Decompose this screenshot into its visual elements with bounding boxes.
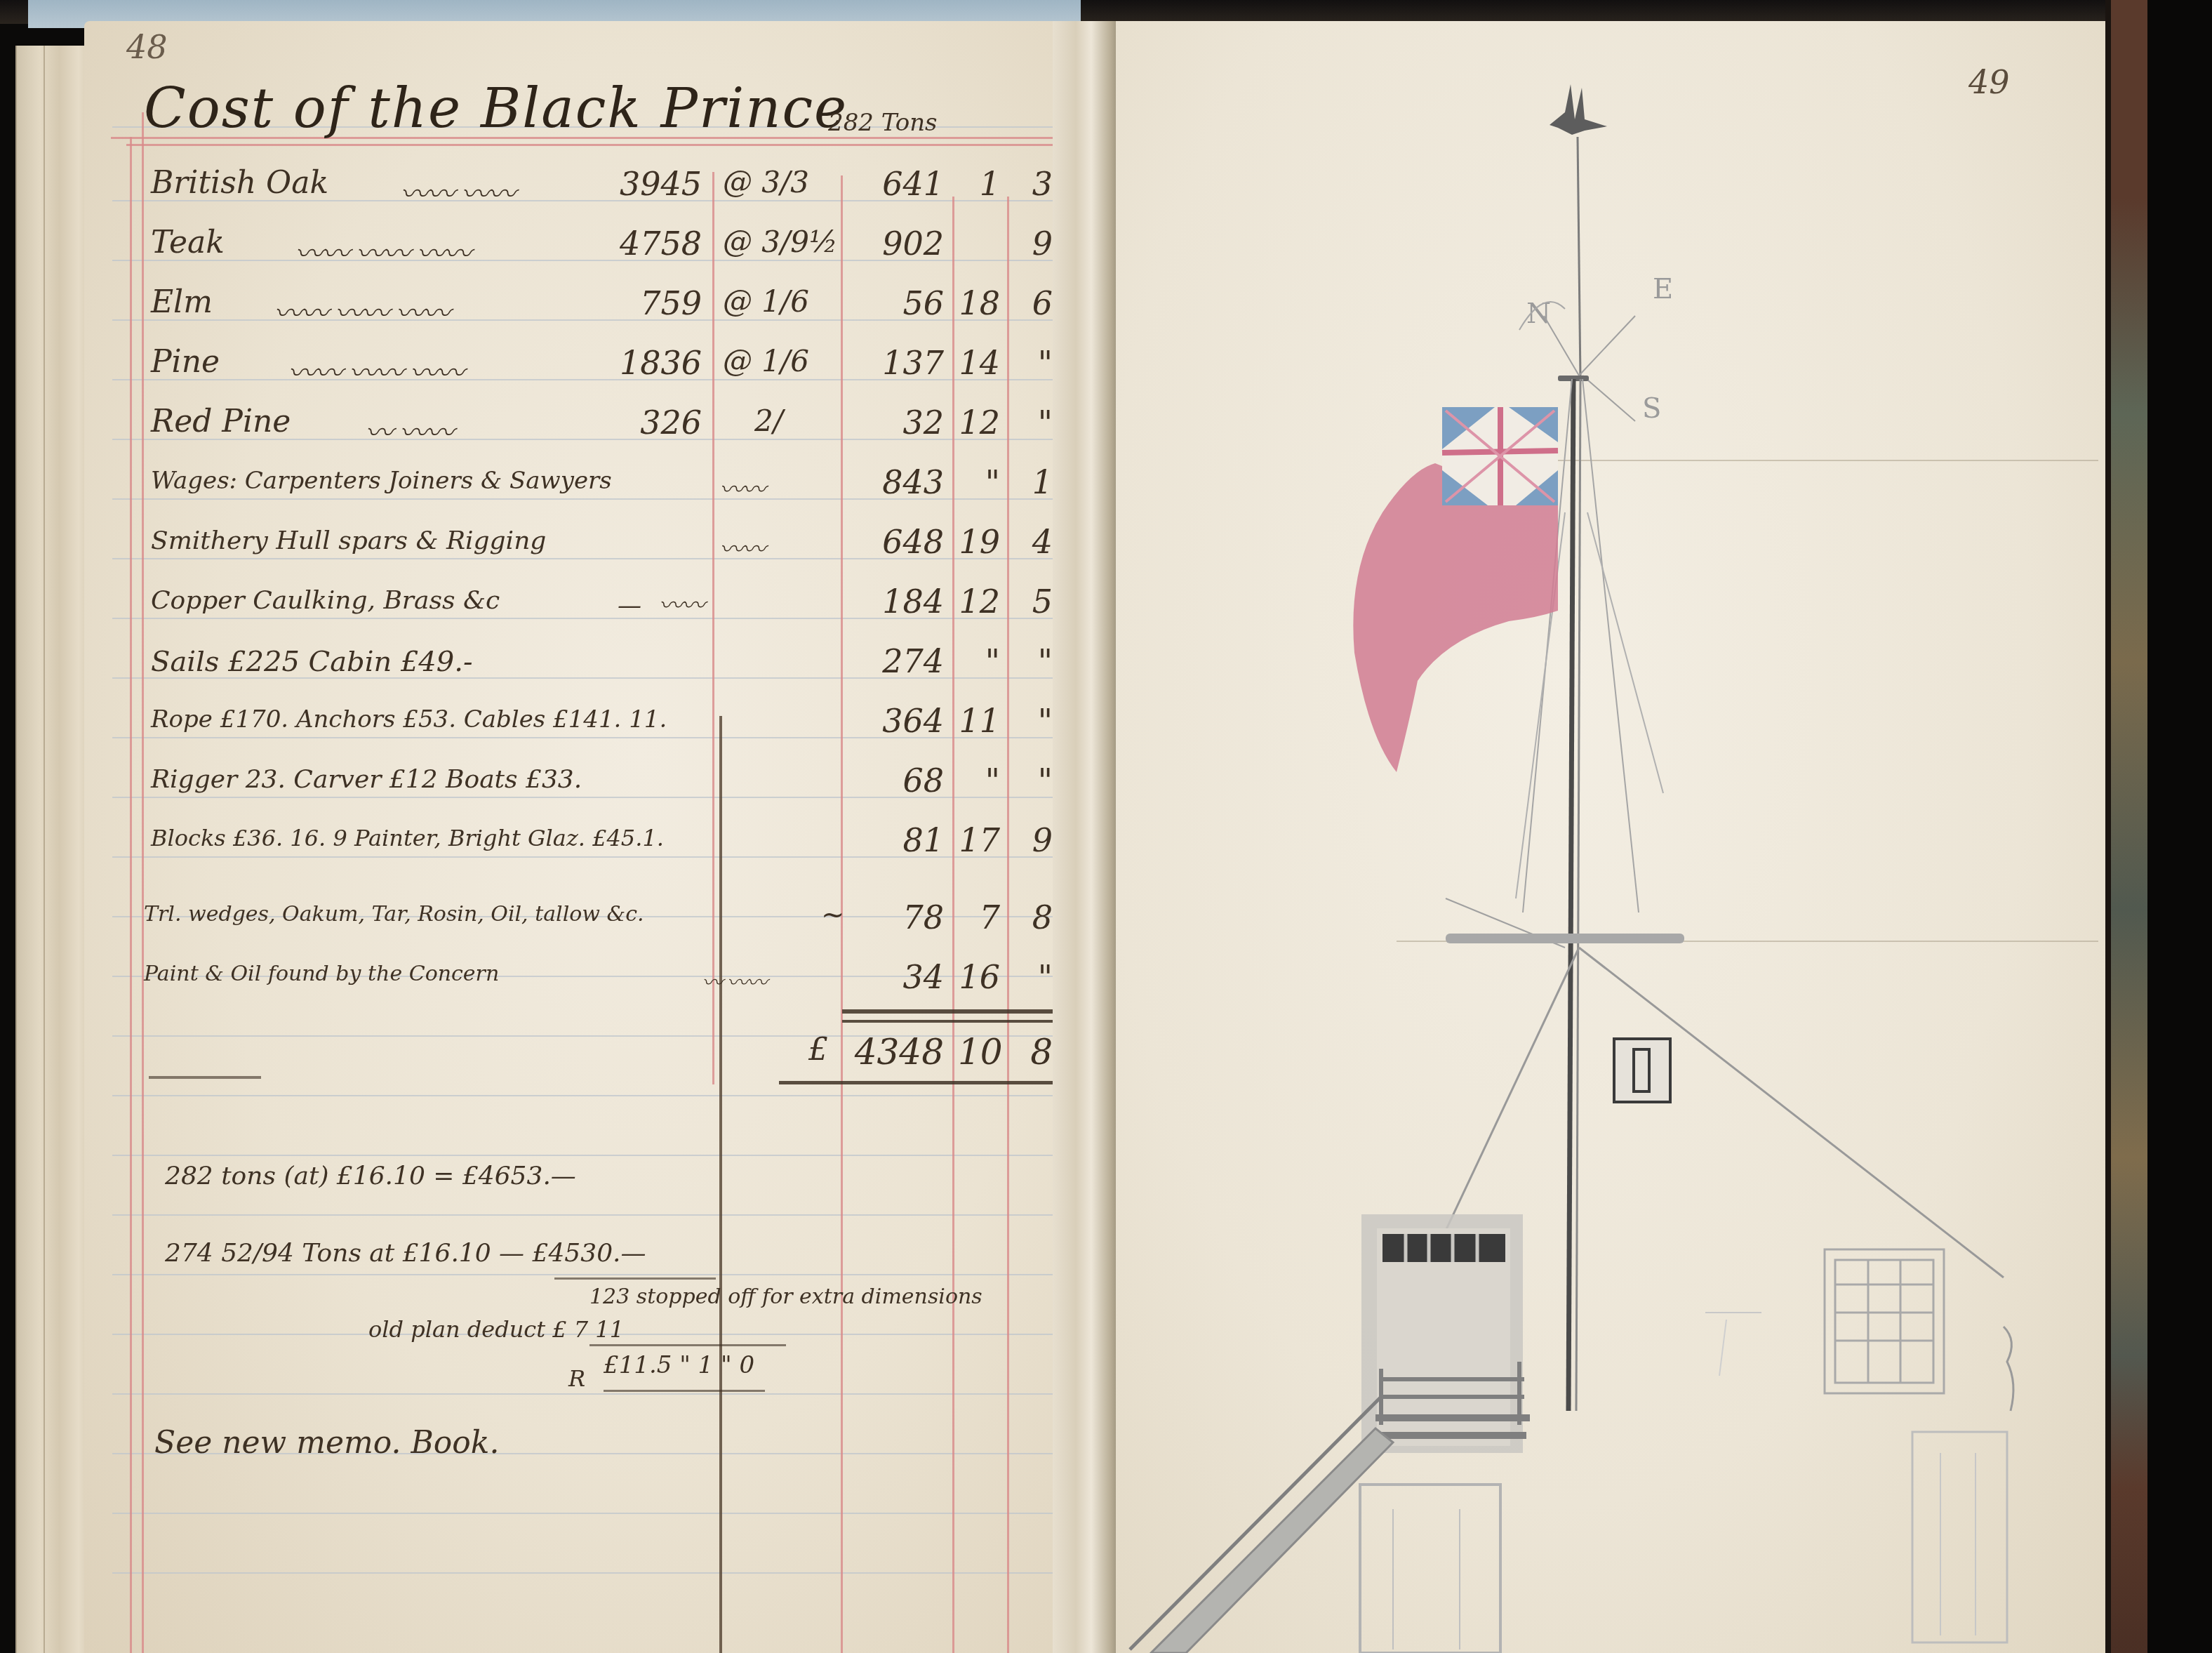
calc-line: 274 52/94 Tons at £16.10 — £4530.— [165, 1239, 646, 1268]
calc-result: £11.5 " 1 " 0 [604, 1351, 754, 1379]
column-rule-red [952, 197, 954, 1653]
ledger-pounds: 648 [849, 523, 944, 561]
ledger-quantity: 3945 [575, 165, 702, 203]
ruling-line [112, 1214, 1074, 1216]
ledger-pence: " [1011, 762, 1053, 799]
ledger-pounds: 274 [849, 642, 944, 680]
ledger-pounds: 843 [849, 463, 944, 501]
ledger-pounds: 81 [849, 821, 944, 859]
ledger-shillings: 14 [958, 344, 1000, 382]
ledger-quantity: 326 [575, 404, 702, 442]
ledger-item: Trl. wedges, Oakum, Tar, Rosin, Oil, tal… [144, 902, 644, 927]
leader-dashes: 〰〰 〰〰 〰〰 [295, 232, 469, 272]
ledger-pence: " [1011, 344, 1053, 382]
ledger-item: Red Pine [151, 404, 291, 439]
ledger-item: Pine [151, 344, 220, 380]
ledger-shillings: 11 [958, 702, 1000, 740]
calc-line: 282 tons (at) £16.10 = £4653.— [165, 1162, 576, 1190]
ledger-pounds: 68 [849, 762, 944, 799]
ledger-pence: " [1011, 702, 1053, 740]
ledger-rate: @ 1/6 [723, 284, 809, 319]
ledger-pence: 9 [1011, 225, 1053, 263]
calc-note: 123 stopped off for extra dimensions [589, 1284, 982, 1309]
page-number: 48 [126, 28, 168, 66]
ruling-line [112, 1274, 1074, 1275]
ledger-item: Rigger 23. Carver £12 Boats £33. [151, 765, 582, 794]
ship-mast-drawing: N E S [1116, 21, 2112, 1653]
total-shillings: 10 [958, 1032, 1000, 1073]
tonnage: 282 Tons [828, 109, 938, 137]
calc-deduct: old plan deduct £ 7 11 [368, 1316, 624, 1343]
column-rule-ink [719, 716, 722, 1653]
ledger-item: Elm [151, 284, 213, 320]
ledger-pence: 6 [1011, 284, 1053, 322]
ledger-pounds: 364 [849, 702, 944, 740]
page-title: Cost of the Black Prince [144, 77, 848, 140]
compass-letters: N E S [1526, 273, 1673, 425]
left-page: 48 Cost of the Black Prince 282 Tons Bri… [84, 21, 1095, 1653]
margin-rule-red [142, 112, 144, 1653]
calc-mark: R [568, 1365, 585, 1392]
leader-dashes: 〰〰 [719, 470, 764, 505]
ruling-line [112, 1155, 1074, 1156]
ledger-pence: " [1011, 958, 1053, 996]
leader-dashes: — 〰〰 [618, 586, 703, 620]
ledger-item: Copper Caulking, Brass &c [151, 586, 500, 615]
ruling-line [112, 1393, 1074, 1395]
ledger-item: Sails £225 Cabin £49.- [151, 646, 473, 678]
ledger-shillings: 18 [958, 284, 1000, 322]
ledger-pounds: 32 [849, 404, 944, 442]
ledger-pounds: 78 [849, 898, 944, 936]
header-rule-red [126, 144, 1081, 146]
ledger-shillings: " [958, 463, 1000, 501]
ledger-shillings: " [958, 762, 1000, 799]
calc-underline [604, 1390, 765, 1392]
ruling-line [112, 1095, 1074, 1096]
ledger-pence: 5 [1011, 583, 1053, 620]
ledger-shillings: 12 [958, 583, 1000, 620]
leader-dashes: 〰 〰〰 [365, 411, 453, 451]
leader-dashes: 〰〰 〰〰 〰〰 [288, 351, 462, 391]
sum-rule [842, 1020, 1053, 1023]
instrument-box-icon [1614, 1039, 1670, 1102]
leader-dashes: 〰〰 〰〰 〰〰 [274, 291, 448, 331]
ledger-pounds: 184 [849, 583, 944, 620]
ledger-item: British Oak [151, 165, 328, 201]
leader-dashes: 〰 〰〰 [702, 965, 766, 996]
column-rule-red [1007, 197, 1009, 1653]
column-rule-red [712, 172, 714, 1084]
ledger-item: Wages: Carpenters Joiners & Sawyers [151, 467, 612, 495]
leader-dashes: 〰〰 〰〰 [400, 172, 514, 212]
ledger-pence: " [1011, 404, 1053, 442]
total-underline [779, 1081, 1053, 1084]
ledger-quantity: 1836 [575, 344, 702, 382]
ledger-shillings: 19 [958, 523, 1000, 561]
ledger-shillings: " [958, 642, 1000, 680]
compass-e: E [1653, 273, 1673, 305]
ledger-pounds: 56 [849, 284, 944, 322]
scan-background [2147, 0, 2212, 1653]
ledger-shillings: 16 [958, 958, 1000, 996]
window-sketch [1825, 1249, 1944, 1393]
ledger-quantity: 4758 [575, 225, 702, 263]
ledger-pence: 1 [1011, 463, 1053, 501]
ledger-item: Teak [151, 225, 225, 260]
ledger-item: Smithery Hull spars & Rigging [151, 526, 546, 555]
right-page: 49 N E S [1116, 21, 2112, 1653]
ledger-rate: @ 1/6 [723, 344, 809, 378]
ledger-shillings: 1 [958, 165, 1000, 203]
leader-dashes: 〰〰 [719, 530, 764, 564]
ledger-item: Rope £170. Anchors £53. Cables £141. 11. [151, 705, 667, 733]
ledger-shillings: 7 [958, 898, 1000, 936]
ruling-line [112, 1513, 1074, 1514]
ledger-pounds: 34 [849, 958, 944, 996]
ledger-pounds: 137 [849, 344, 944, 382]
ruling-line [112, 1572, 1074, 1574]
ledger-pounds: 902 [849, 225, 944, 263]
ledger-pence: 3 [1011, 165, 1053, 203]
total-pence: 8 [1011, 1032, 1053, 1073]
ledger-shillings: 12 [958, 404, 1000, 442]
ledger-pence: " [1011, 642, 1053, 680]
ledger-rate: @ 3/3 [723, 165, 809, 199]
total-pounds: 4348 [821, 1032, 944, 1073]
ledger-shillings: 17 [958, 821, 1000, 859]
ledger-pounds: 641 [849, 165, 944, 203]
ledger-item: Paint & Oil found by the Concern [144, 962, 499, 986]
ledger-rate: 2/ [754, 404, 783, 438]
compass-s: S [1642, 392, 1661, 425]
marbled-book-cover-edge [2105, 0, 2153, 1653]
margin-rule-red [130, 137, 132, 1653]
bird-weathervane-icon [1550, 84, 1607, 135]
page-stack-edge [15, 46, 94, 1653]
leader-dashes: ~ [821, 898, 844, 931]
ledger-pence: 9 [1011, 821, 1053, 859]
ledger-pence: 4 [1011, 523, 1053, 561]
ledger-pence: 8 [1011, 898, 1053, 936]
ledger-item: Blocks £36. 16. 9 Painter, Bright Glaz. … [151, 825, 664, 851]
ledger-rate: @ 3/9½ [723, 225, 838, 259]
footnote: See new memo. Book. [154, 1425, 499, 1461]
calc-underline [589, 1344, 786, 1346]
sum-rule [842, 1009, 1060, 1014]
red-ensign-flag-icon [1353, 407, 1558, 772]
calc-underline [554, 1277, 716, 1280]
ledger-quantity: 759 [575, 284, 702, 322]
separator-rule [149, 1076, 261, 1079]
